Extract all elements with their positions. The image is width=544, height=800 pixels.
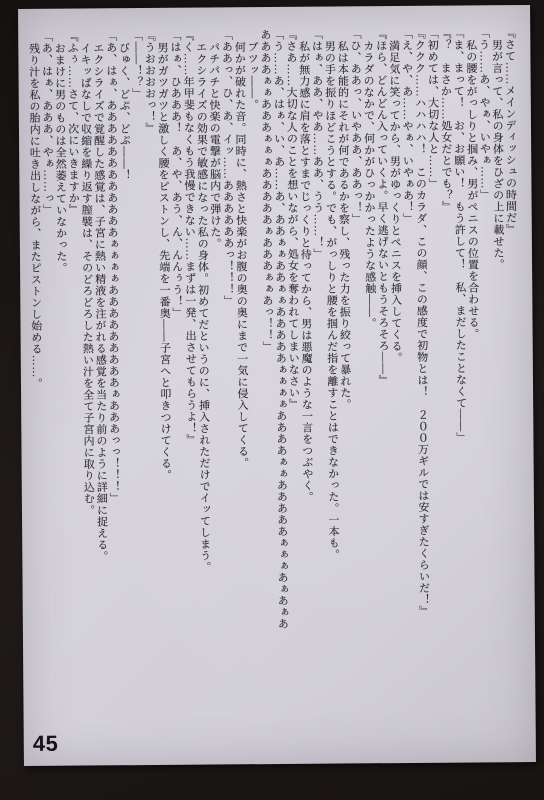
scan-background: 『さて……メインディッシュの時間だ』男が言って、私の身体をひざの上に載せた。「う… [0, 0, 544, 800]
text-line: 「う……あ、はぁ、い、あ……あ、ああぁぁああぁぁあああああぁぁぁぁああああぁぁあ… [258, 29, 288, 635]
book-page: 『さて……メインディッシュの時間だ』男が言って、私の身体をひざの上に載せた。「う… [18, 5, 536, 766]
page-number: 45 [33, 731, 59, 757]
novel-text-block: 『さて……メインディッシュの時間だ』男が言って、私の身体をひざの上に載せた。「う… [27, 27, 520, 637]
